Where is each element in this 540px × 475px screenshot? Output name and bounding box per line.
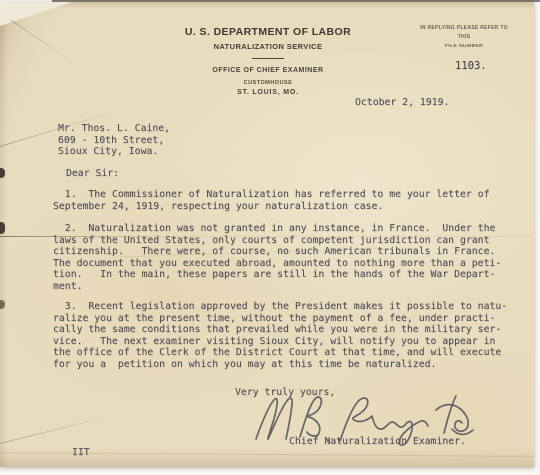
- file-number: 1103.: [455, 61, 487, 73]
- crease-line: [0, 415, 110, 445]
- letterhead-department: U. S. DEPARTMENT OF LABOR: [167, 26, 369, 38]
- reference-note-line2: FILE NUMBER: [416, 42, 512, 51]
- letter-paper: U. S. DEPARTMENT OF LABOR NATURALIZATION…: [0, 2, 534, 467]
- scanned-letter: U. S. DEPARTMENT OF LABOR NATURALIZATION…: [0, 0, 540, 475]
- recipient-address: Mr. Thos. L. Caine, 609 - 10th Street, S…: [58, 123, 170, 158]
- folded-corner: [0, 2, 72, 26]
- file-reference-note: IN REPLYING PLEASE REFER TO THIS FILE NU…: [416, 24, 512, 51]
- letter-date: October 2, 1919.: [355, 97, 449, 109]
- reference-note-line1: IN REPLYING PLEASE REFER TO THIS: [416, 24, 512, 42]
- salutation: Dear Sir:: [66, 168, 119, 180]
- typist-initials: IIT: [72, 447, 90, 459]
- letterhead-divider: [252, 58, 284, 59]
- letterhead-building: CUSTOMHOUSE: [167, 80, 369, 86]
- body-paragraph-3: 3. Recent legislation approved by the Pr…: [53, 301, 507, 370]
- letterhead-location: ST. LOUIS, MO.: [167, 89, 369, 96]
- binding-mark: [0, 300, 5, 309]
- binding-mark: [0, 222, 5, 234]
- body-paragraph-2: 2. Naturalization was not granted in any…: [53, 223, 501, 292]
- signature-title: Chief Naturalization Examiner.: [289, 436, 466, 448]
- body-paragraph-1: 1. The Commissioner of Naturalization ha…: [53, 189, 489, 212]
- crease-line: [11, 20, 78, 66]
- binding-mark: [0, 168, 5, 178]
- letterhead-office: OFFICE OF CHIEF EXAMINER: [167, 67, 369, 74]
- letterhead-service: NATURALIZATION SERVICE: [167, 42, 369, 51]
